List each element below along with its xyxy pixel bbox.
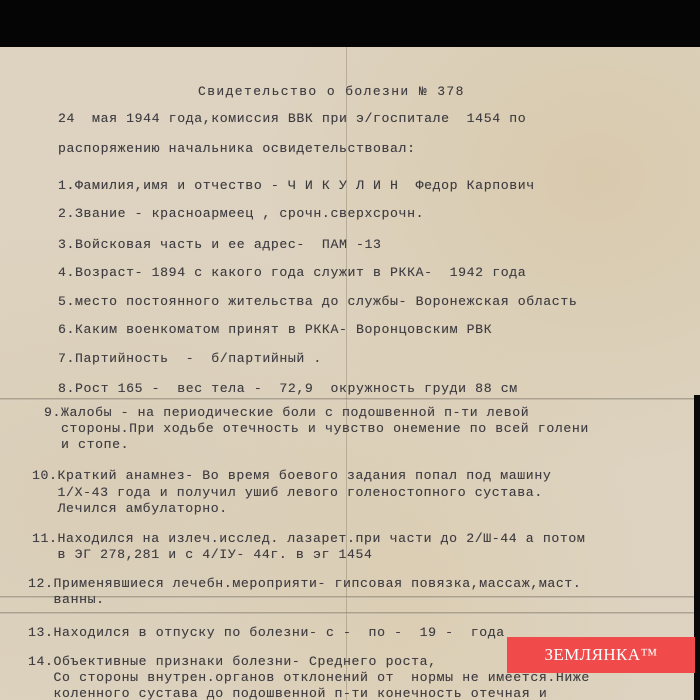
horizontal-fold-line <box>0 612 700 615</box>
document-line: стороны.При ходьбе отечность и чувство о… <box>44 421 589 436</box>
document-line: в ЭГ 278,281 и с 4/IУ- 44г. в эг 1454 <box>32 547 373 562</box>
document-line: 10.Краткий анамнез- Во время боевого зад… <box>32 468 551 483</box>
horizontal-fold-line <box>0 596 700 599</box>
document-line: коленного сустава до подошвенной п-ти ко… <box>28 686 547 700</box>
document-line: Со стороны внутрен.органов отклонений от… <box>28 670 590 685</box>
document-line: и стопе. <box>44 437 129 452</box>
document-line: 11.Находился на излеч.исслед. лазарет.пр… <box>32 531 585 546</box>
document-line: 4.Возраст- 1894 с какого года служит в Р… <box>58 265 526 280</box>
document-line: 12.Применявшиеся лечебн.мероприяти- гипс… <box>28 576 581 591</box>
document-line: 24 мая 1944 года,комиссия ВВК при э/госп… <box>58 111 526 126</box>
document-line: 8.Рост 165 - вес тела - 72,9 окружность … <box>58 381 518 396</box>
document-title: Свидетельство о болезни № 378 <box>198 84 465 99</box>
document-line: 6.Каким военкоматом принят в РККА- Ворон… <box>58 322 492 337</box>
document-line: 3.Войсковая часть и ее адрес- ПАМ -13 <box>58 237 382 252</box>
document-line: 7.Партийность - б/партийный . <box>58 351 322 366</box>
document-line: Лечился амбулаторно. <box>32 501 228 516</box>
document-line: 5.место постоянного жительства до службы… <box>58 294 577 309</box>
document-line: 9.Жалобы - на периодические боли с подош… <box>44 405 529 420</box>
watermark-label: ЗЕМЛЯНКА™ <box>544 645 657 665</box>
document-line: 13.Находился в отпуску по болезни- с - п… <box>28 625 505 640</box>
document-line: 2.Звание - красноармеец , срочн.сверхсро… <box>58 206 424 221</box>
document-line: 1.Фамилия,имя и отчество - Ч И К У Л И Н… <box>58 178 535 193</box>
document-line: 1/X-43 года и получил ушиб левого голено… <box>32 485 543 500</box>
document-line: распоряжению начальника освидетельствова… <box>58 141 416 156</box>
horizontal-fold-line <box>0 398 700 401</box>
document-line: 14.Объективные признаки болезни- Среднег… <box>28 654 437 669</box>
watermark-badge: ЗЕМЛЯНКА™ <box>507 637 695 673</box>
document-line: ванны. <box>28 592 105 607</box>
